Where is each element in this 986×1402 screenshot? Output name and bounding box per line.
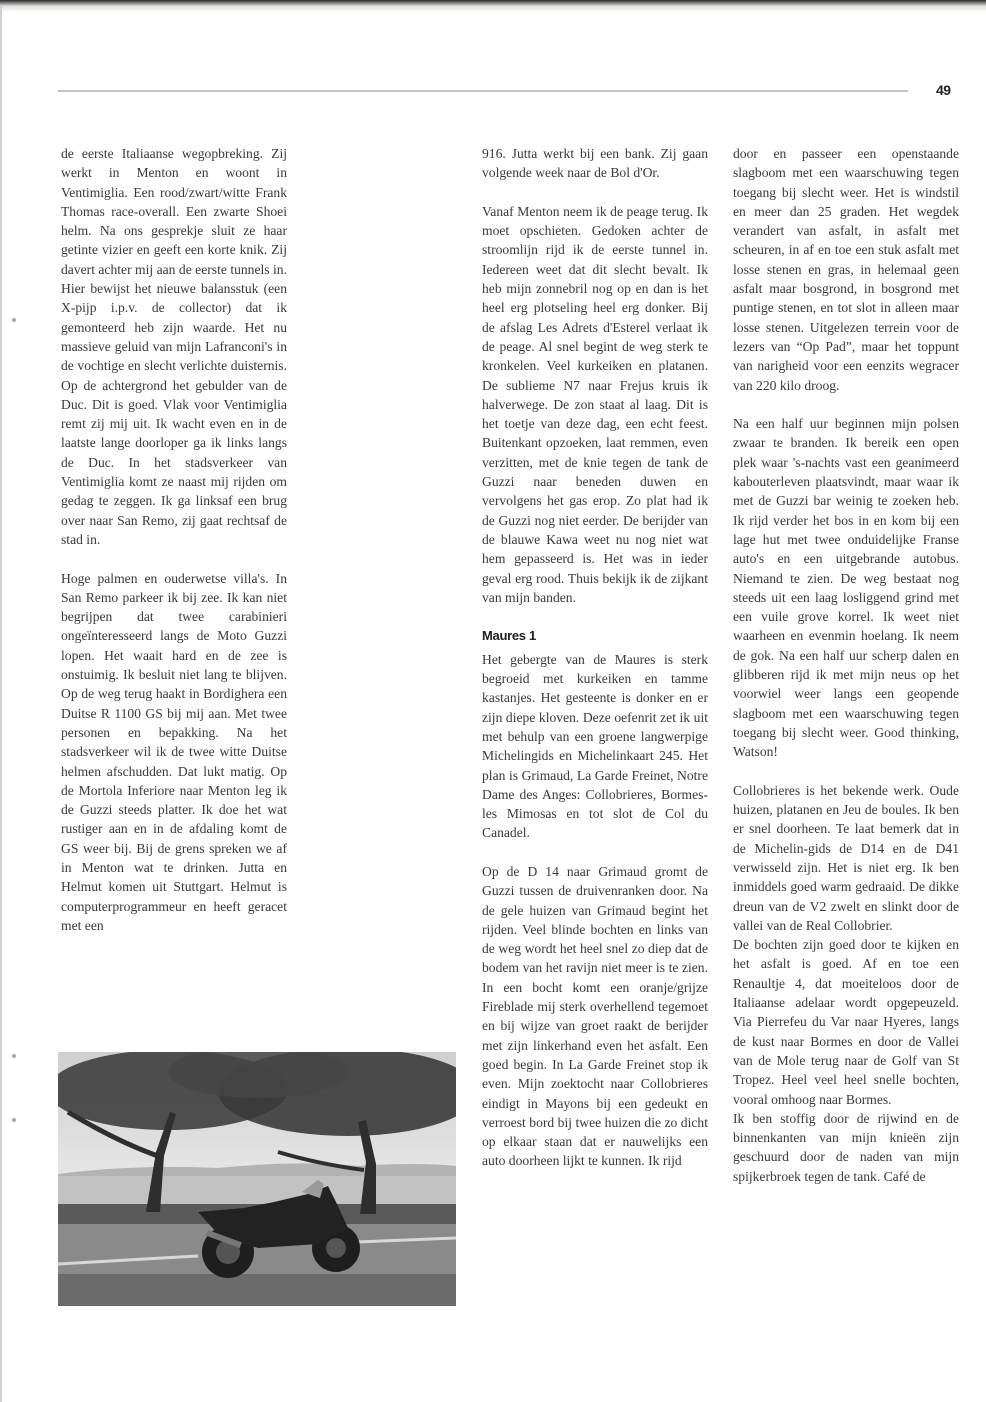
- binder-hole-mark: [12, 1054, 16, 1058]
- paragraph: de eerste Italiaanse wegopbreking. Zij w…: [61, 144, 287, 549]
- binder-hole-mark: [12, 1118, 16, 1122]
- page-number: 49: [936, 82, 951, 98]
- photo-illustration: [58, 1052, 456, 1306]
- paragraph: Hoge palmen en ouderwetse villa's. In Sa…: [61, 569, 287, 936]
- paragraph: Het gebergte van de Maures is sterk begr…: [482, 650, 708, 843]
- paragraph: Na een half uur beginnen mijn pol­sen zw…: [733, 414, 959, 761]
- paragraph: De bochten zijn goed door te kijken en h…: [733, 935, 959, 1109]
- paragraph: Ik ben stoffig door de rijwind en de bin…: [733, 1109, 959, 1186]
- scan-left-edge: [0, 6, 2, 1402]
- header-rule: [58, 90, 908, 92]
- article-column-right: door en passeer een openstaande slagboom…: [733, 144, 959, 1186]
- article-column-middle: 916. Jutta werkt bij een bank. Zij gaan …: [482, 144, 708, 1171]
- article-column-left: de eerste Italiaanse wegopbreking. Zij w…: [61, 144, 287, 935]
- paragraph: Op de D 14 naar Grimaud gromt de Guzzi t…: [482, 862, 708, 1171]
- paragraph: Vanaf Menton neem ik de peage terug. Ik …: [482, 202, 708, 607]
- scan-top-shadow: [0, 6, 986, 12]
- paragraph: door en passeer een openstaande slagboom…: [733, 144, 959, 395]
- paragraph: Collobrieres is het bekende werk. Oude h…: [733, 781, 959, 935]
- motorcycle-photo: [58, 1052, 456, 1306]
- binder-hole-mark: [12, 318, 16, 322]
- paragraph: 916. Jutta werkt bij een bank. Zij gaan …: [482, 144, 708, 183]
- section-heading: Maures 1: [482, 626, 708, 645]
